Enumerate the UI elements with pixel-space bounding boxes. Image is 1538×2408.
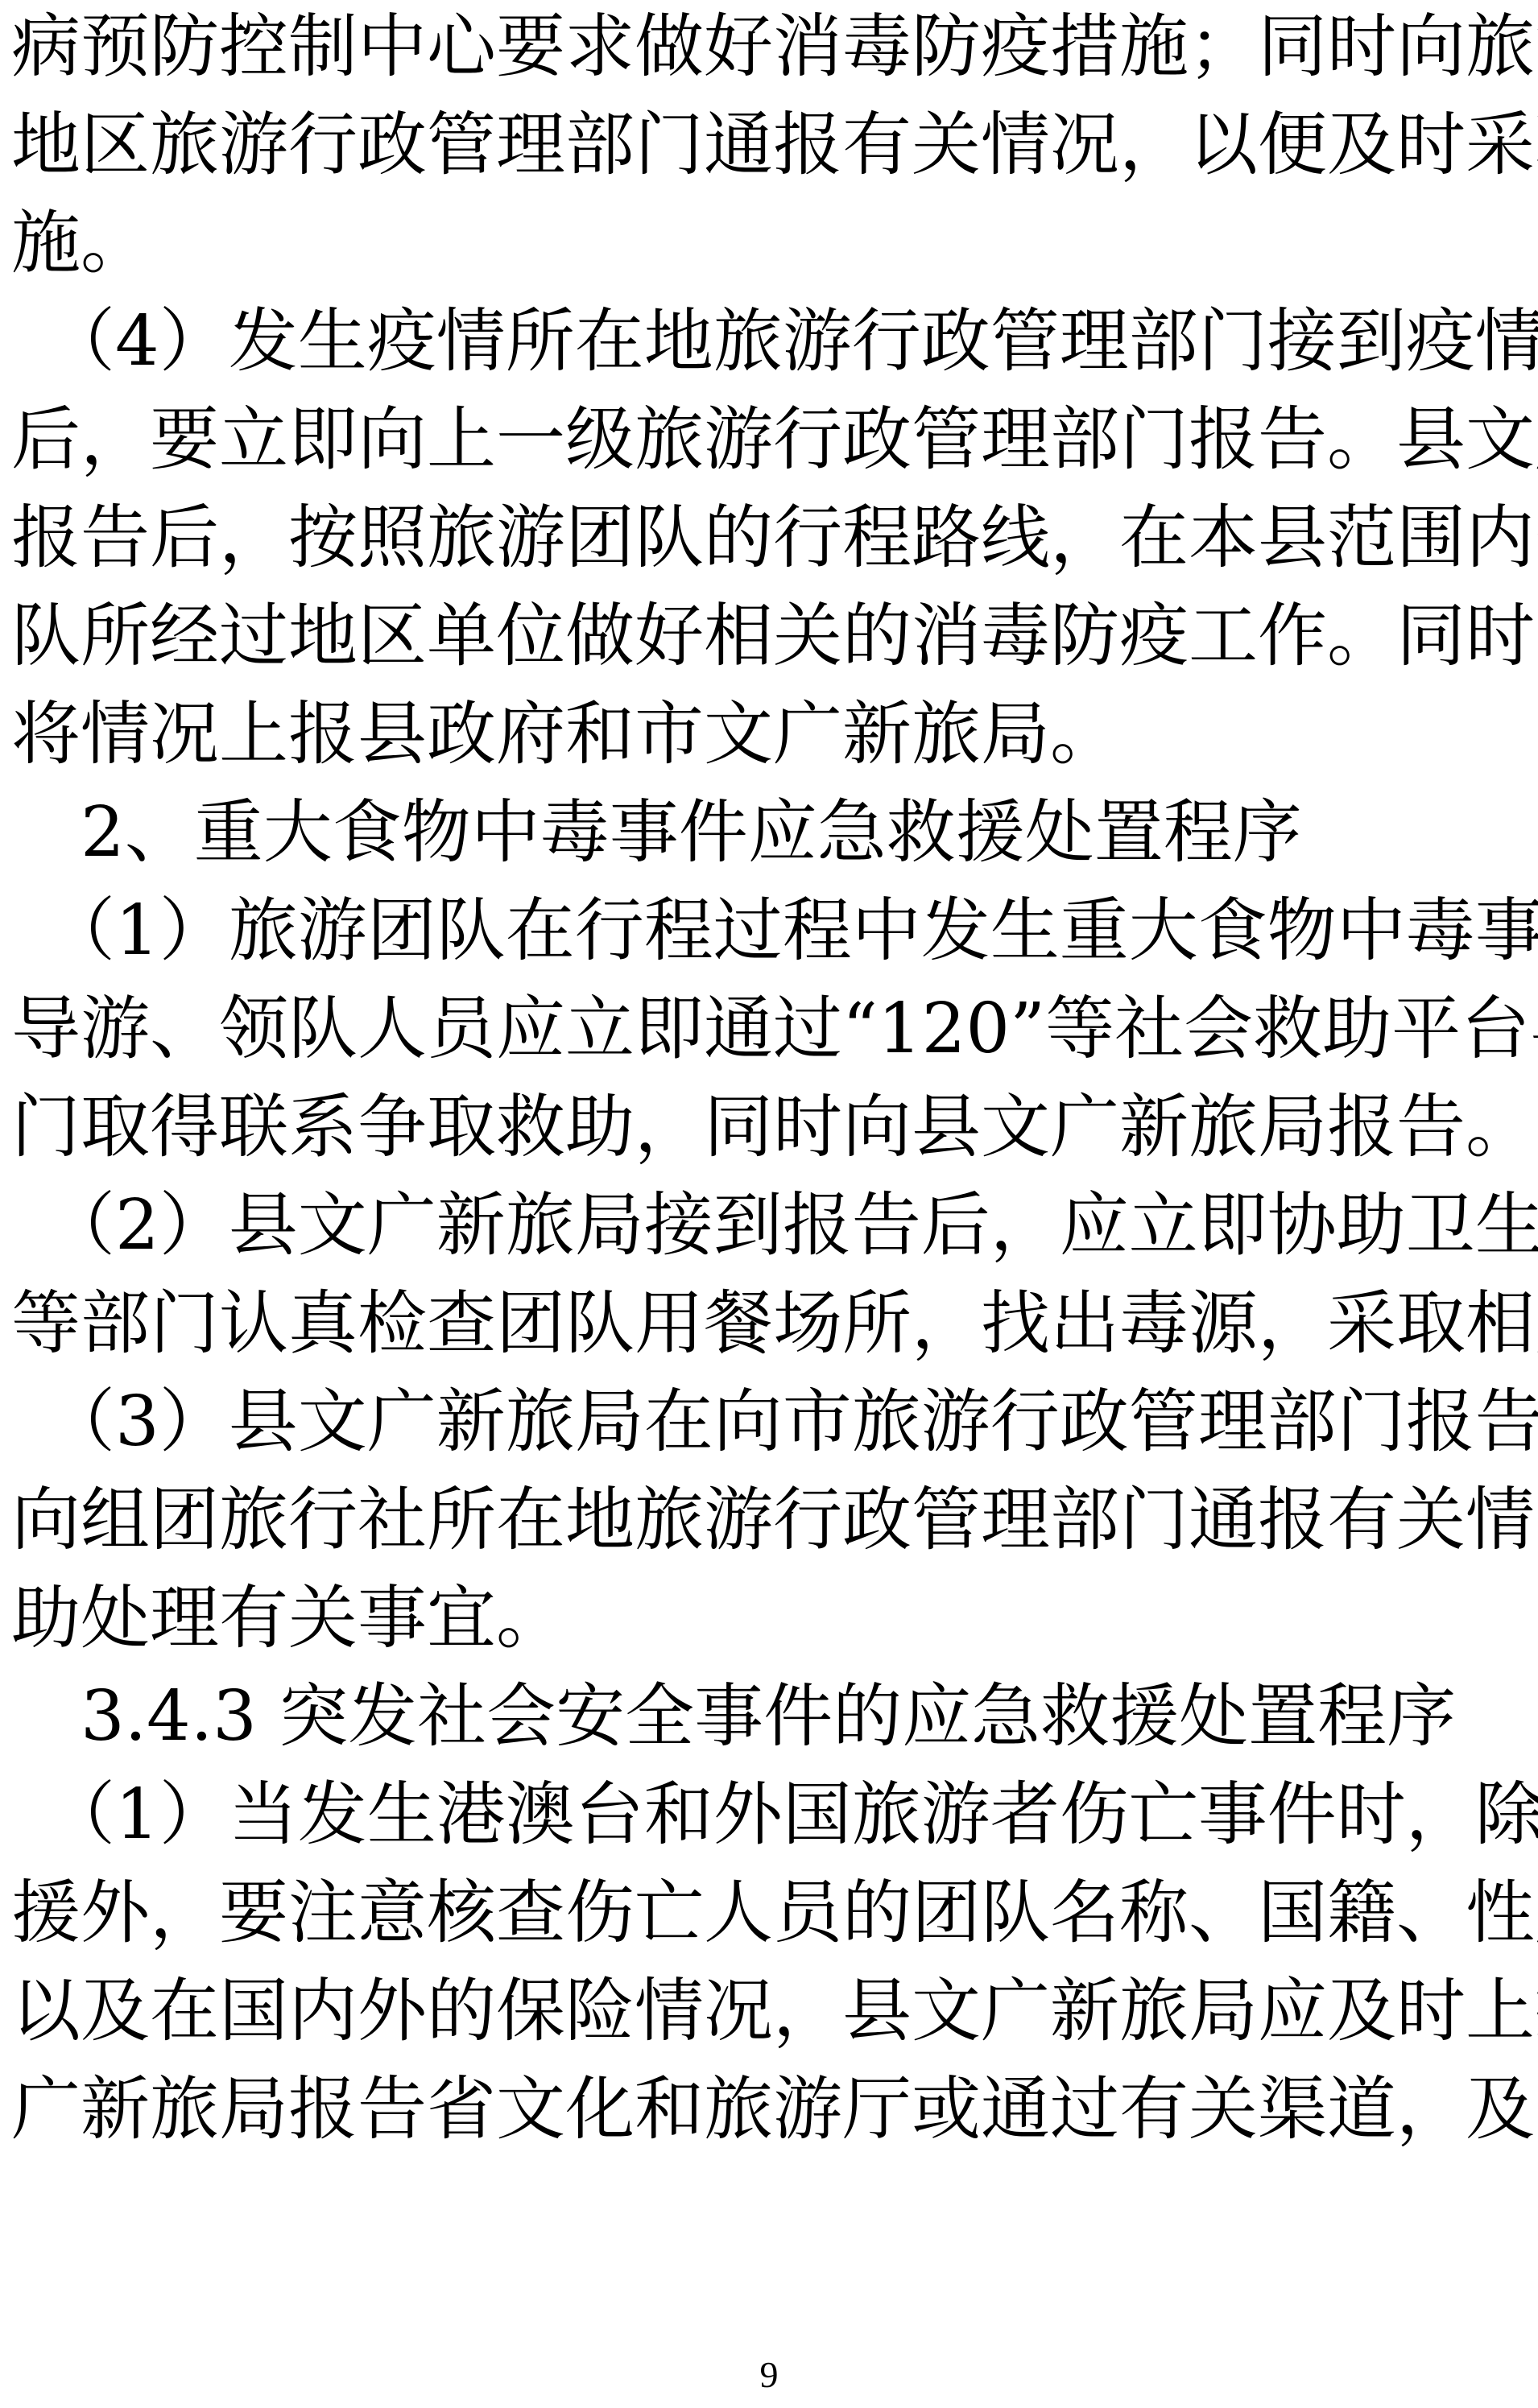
text-line: （1）当发生港澳台和外国旅游者伤亡事件时，除积极采取救 (11, 1766, 1528, 1863)
text-line: 报告后，按照旅游团队的行程路线，在本县范围内督促该旅游团 (11, 489, 1528, 586)
text-line: 施。 (11, 195, 1528, 291)
text-line: （3）县文广新旅局在向市旅游行政管理部门报告的同时，应 (11, 1373, 1528, 1470)
text-line: 后，要立即向上一级旅游行政管理部门报告。县文广新旅局接到 (11, 391, 1528, 488)
text-line: 援外，要注意核查伤亡人员的团队名称、国籍、性别、护照号码 (11, 1865, 1528, 1961)
text-line: 门取得联系争取救助，同时向县文广新旅局报告。 (11, 1079, 1528, 1175)
page-number: 9 (0, 2351, 1538, 2399)
text-line: 病预防控制中心要求做好消毒防疫措施；同时向旅游团队需经过 (11, 0, 1528, 95)
section-heading: 2、重大食物中毒事件应急救援处置程序 (11, 784, 1528, 881)
text-line: 助处理有关事宜。 (11, 1570, 1528, 1667)
text-line: 以及在国内外的保险情况，县文广新旅局应及时上报，并由市文 (11, 1963, 1528, 2059)
text-line: 队所经过地区单位做好相关的消毒防疫工作。同时，按要求及时 (11, 588, 1528, 684)
text-line: 将情况上报县政府和市文广新旅局。 (11, 686, 1528, 783)
section-heading: 3.4.3 突发社会安全事件的应急救援处置程序 (11, 1668, 1528, 1765)
text-line: 地区旅游行政管理部门通报有关情况，以便及时采取相应防疫措 (11, 97, 1528, 193)
text-line: 向组团旅行社所在地旅游行政管理部门通报有关情况，并积极协 (11, 1472, 1528, 1568)
document-page: 病预防控制中心要求做好消毒防疫措施；同时向旅游团队需经过 地区旅游行政管理部门通… (0, 0, 1538, 2408)
text-line: （1）旅游团队在行程过程中发生重大食物中毒事件时，随团 (11, 882, 1528, 979)
text-line: 等部门认真检查团队用餐场所，找出毒源，采取相应措施。 (11, 1275, 1528, 1372)
text-line: 广新旅局报告省文化和旅游厅或通过有关渠道，及时通知港澳台 (11, 2061, 1528, 2158)
text-line: （2）县文广新旅局接到报告后，应立即协助卫生、检验检疫 (11, 1177, 1528, 1274)
text-line: （4）发生疫情所在地旅游行政管理部门接到疫情确诊报告 (11, 293, 1528, 390)
text-line: 导游、领队人员应立即通过“120”等社会救助平台与卫生医疗部 (11, 981, 1528, 1077)
